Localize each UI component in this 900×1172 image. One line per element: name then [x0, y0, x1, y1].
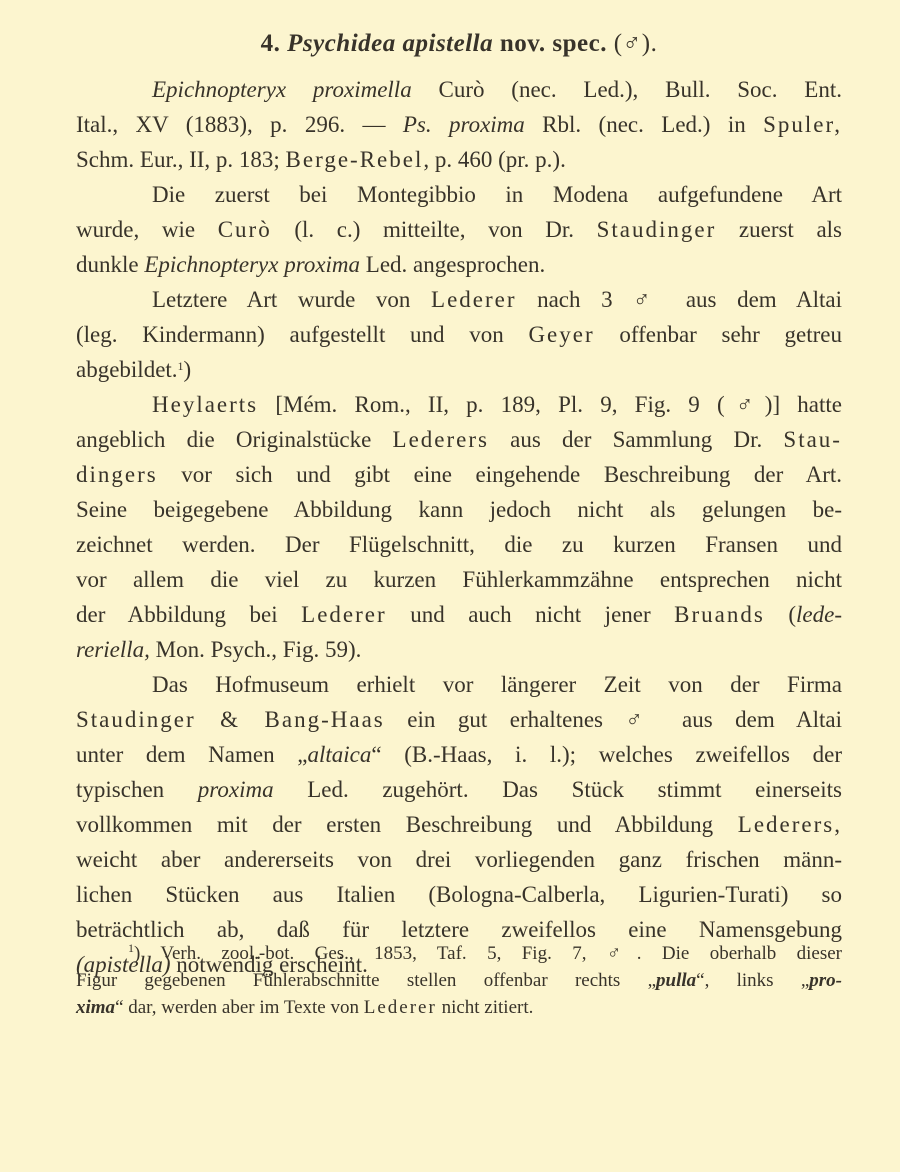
species-name: Psychidea apistella [287, 30, 493, 57]
footnotes: 1) Verh. zool.-bot. Ges., 1853, Taf. 5, … [76, 940, 842, 1021]
text-run: vollkommen mit der ersten Beschreibung u… [76, 812, 738, 837]
text-line: dunkle Epichnopteryx proxima Led. angesp… [76, 247, 842, 282]
text-line: vollkommen mit der ersten Beschreibung u… [76, 807, 842, 842]
taxon-name: altaica [307, 742, 371, 767]
text-run: Mon. Psych., Fig. 59). [150, 637, 362, 662]
author-name: Lederer [364, 997, 437, 1018]
text-run: wurde, wie [76, 217, 218, 242]
author-name: Lederer [301, 602, 387, 627]
species-descriptor: nov. spec. [500, 30, 607, 57]
text-run: “ (B.-Haas, i. l.); welches zweifellos d… [371, 742, 842, 767]
document-page: 4. Psychidea apistella nov. spec. (♂). E… [76, 24, 842, 982]
text-run: aus der Sammlung Dr. [489, 427, 783, 452]
synonymy-paragraph: Epichnopteryx proximella Curò (nec. Led.… [76, 72, 842, 177]
text-line: typischen proxima Led. zugehört. Das Stü… [76, 772, 842, 807]
taxon-name: pro- [809, 970, 842, 991]
author-name: Lederers, [738, 812, 842, 837]
author-name: Stau- [783, 427, 842, 452]
taxon-name: lede- [796, 602, 842, 627]
text-line: der Abbildung bei Lederer und auch nicht… [76, 597, 842, 632]
text-run: nach 3 ♂ aus dem Altai [517, 287, 842, 312]
text-run: ) [184, 357, 192, 382]
text-line: unter dem Namen „altaica“ (B.-Haas, i. l… [76, 737, 842, 772]
text-line: Heylaerts [Mém. Rom., II, p. 189, Pl. 9,… [76, 387, 842, 422]
text-run: “ dar, werden aber im Texte von [115, 997, 364, 1018]
text-run: Letztere Art wurde von [152, 287, 431, 312]
text-run: Schm. Eur., II, p. 183; [76, 147, 286, 172]
author-name: Lederers [393, 427, 489, 452]
author-name: Spuler, [763, 112, 842, 137]
author-name: dingers [76, 462, 158, 487]
text-line: Seine beigegebene Abbildung kann jedoch … [76, 492, 842, 527]
text-line: reriella, Mon. Psych., Fig. 59). [76, 632, 842, 667]
text-run: unter dem Namen „ [76, 742, 307, 767]
text-run: , p. 460 (pr. p.). [423, 147, 565, 172]
taxon-name: Epichnopteryx proxima [144, 252, 360, 277]
taxon-name: proxima [198, 777, 274, 802]
text-line: (leg. Kindermann) aufgestellt und von Ge… [76, 317, 842, 352]
author-name: Staudinger [597, 217, 717, 242]
section-heading: 4. Psychidea apistella nov. spec. (♂). [76, 24, 842, 64]
author-name: Heylaerts [152, 392, 258, 417]
text-line: xima“ dar, werden aber im Texte von Lede… [76, 994, 842, 1021]
text-line: Figur gegebenen Fühlerabschnitte stellen… [76, 967, 842, 994]
text-line: weicht aber andererseits von drei vorlie… [76, 842, 842, 877]
text-run: nicht zitiert. [437, 997, 534, 1018]
author-name: Staudinger & Bang-Haas [76, 707, 385, 732]
text-run: Rbl. (nec. Led.) in [525, 112, 763, 137]
text-run: und auch nicht jener [387, 602, 675, 627]
taxon-name: xima [76, 997, 115, 1018]
text-line: Die zuerst bei Montegibbio in Modena auf… [76, 177, 842, 212]
text-line: zeichnet werden. Der Flügelschnitt, die … [76, 527, 842, 562]
author-name: Geyer [528, 322, 594, 347]
paragraph: Die zuerst bei Montegibbio in Modena auf… [76, 177, 842, 282]
text-run: angeblich die Originalstücke [76, 427, 393, 452]
text-line: Ital., XV (1883), p. 296. — Ps. proxima … [76, 107, 842, 142]
text-run: vor sich und gibt eine eingehende Beschr… [158, 462, 842, 487]
text-run: der Abbildung bei [76, 602, 301, 627]
text-line: Staudinger & Bang-Haas ein gut erhaltene… [76, 702, 842, 737]
text-run: typischen [76, 777, 198, 802]
text-run: Led. angesprochen. [360, 252, 545, 277]
author-name: Curò [218, 217, 272, 242]
author-name: Bruands [674, 602, 765, 627]
paragraph: Das Hofmuseum erhielt vor längerer Zeit … [76, 667, 842, 982]
text-run: ein gut erhaltenes ♂ aus dem Altai [385, 707, 842, 732]
text-run: offenbar sehr getreu [595, 322, 842, 347]
text-line: dingers vor sich und gibt eine eingehend… [76, 457, 842, 492]
text-run: “, links „ [696, 970, 809, 991]
taxon-name: Ps. proxima [403, 112, 525, 137]
text-run: (leg. Kindermann) aufgestellt und von [76, 322, 528, 347]
text-run: ( [765, 602, 796, 627]
text-run: (l. c.) mitteilte, von Dr. [272, 217, 597, 242]
author-name: Berge-Rebel [286, 147, 424, 172]
text-line: Das Hofmuseum erhielt vor längerer Zeit … [76, 667, 842, 702]
text-run: ) Verh. zool.-bot. Ges., 1853, Taf. 5, F… [134, 943, 842, 964]
footnote: 1) Verh. zool.-bot. Ges., 1853, Taf. 5, … [76, 940, 842, 1021]
male-symbol-label: (♂). [614, 30, 658, 57]
paragraph: Letztere Art wurde von Lederer nach 3 ♂ … [76, 282, 842, 387]
text-run: Led. zugehört. Das Stück stimmt einersei… [274, 777, 842, 802]
text-run: [Mém. Rom., II, p. 189, Pl. 9, Fig. 9 (♂… [258, 392, 842, 417]
text-run: zuerst als [716, 217, 842, 242]
text-run: dunkle [76, 252, 144, 277]
paragraph: Heylaerts [Mém. Rom., II, p. 189, Pl. 9,… [76, 387, 842, 667]
text-line: abgebildet.1) [76, 352, 842, 387]
text-line: wurde, wie Curò (l. c.) mitteilte, von D… [76, 212, 842, 247]
text-line: Epichnopteryx proximella Curò (nec. Led.… [76, 72, 842, 107]
text-run: Ital., XV (1883), p. 296. — [76, 112, 403, 137]
author-name: Lederer [431, 287, 517, 312]
text-line: 1) Verh. zool.-bot. Ges., 1853, Taf. 5, … [76, 940, 842, 967]
taxon-name: reriella, [76, 637, 150, 662]
text-line: Letztere Art wurde von Lederer nach 3 ♂ … [76, 282, 842, 317]
taxon-name: Epichnopteryx proximella [152, 77, 412, 102]
text-run: abgebildet. [76, 357, 178, 382]
text-run: Curò (nec. Led.), Bull. Soc. Ent. [412, 77, 842, 102]
text-line: vor allem die viel zu kurzen Fühlerkammz… [76, 562, 842, 597]
text-line: angeblich die Originalstücke Lederers au… [76, 422, 842, 457]
section-number: 4. [261, 30, 281, 57]
text-run: Figur gegebenen Fühlerabschnitte stellen… [76, 970, 656, 991]
taxon-name: pulla [656, 970, 696, 991]
text-line: lichen Stücken aus Italien (Bologna-Calb… [76, 877, 842, 912]
text-line: Schm. Eur., II, p. 183; Berge-Rebel, p. … [76, 142, 842, 177]
